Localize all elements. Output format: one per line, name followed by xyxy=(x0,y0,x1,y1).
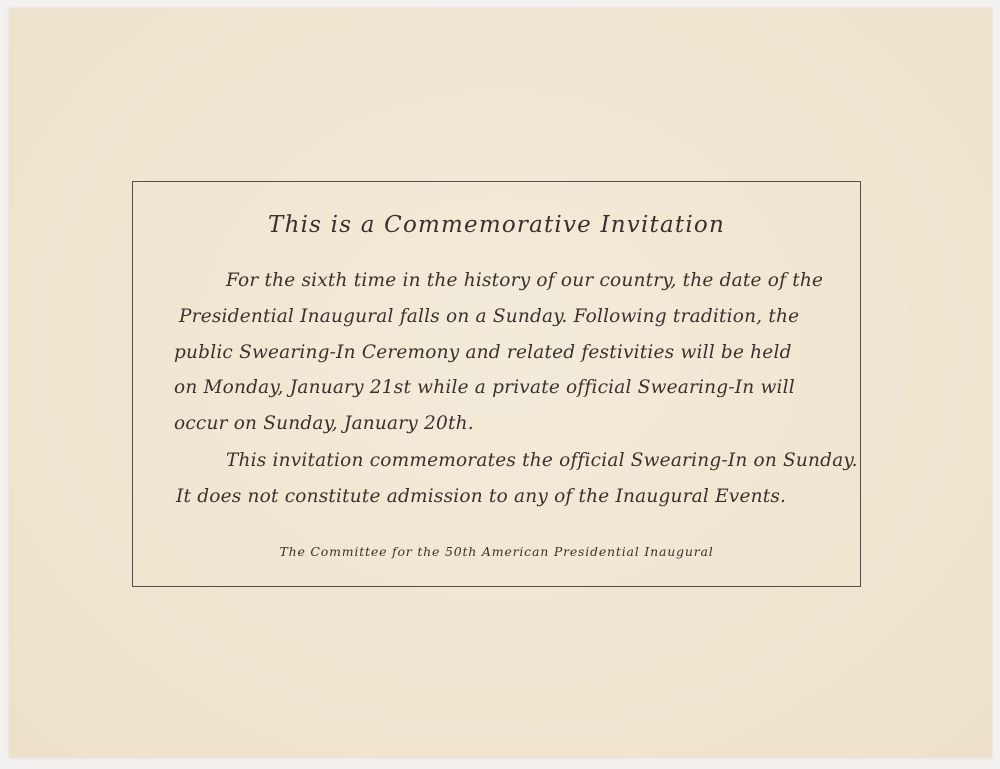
border-frame: This is a Commemorative Invitation For t… xyxy=(132,181,861,587)
body-line: public Swearing-In Ceremony and related … xyxy=(174,342,792,363)
body-line: It does not constitute admission to any … xyxy=(176,486,786,507)
body-line: occur on Sunday, January 20th. xyxy=(174,413,474,434)
invitation-title: This is a Commemorative Invitation xyxy=(133,212,860,238)
body-line: Presidential Inaugural falls on a Sunday… xyxy=(179,306,799,327)
body-line: For the sixth time in the history of our… xyxy=(226,270,823,291)
invitation-card: This is a Commemorative Invitation For t… xyxy=(9,8,992,758)
body-line: on Monday, January 21st while a private … xyxy=(174,377,795,398)
body-line: This invitation commemorates the officia… xyxy=(226,450,858,471)
committee-signature: The Committee for the 50th American Pres… xyxy=(133,544,860,559)
